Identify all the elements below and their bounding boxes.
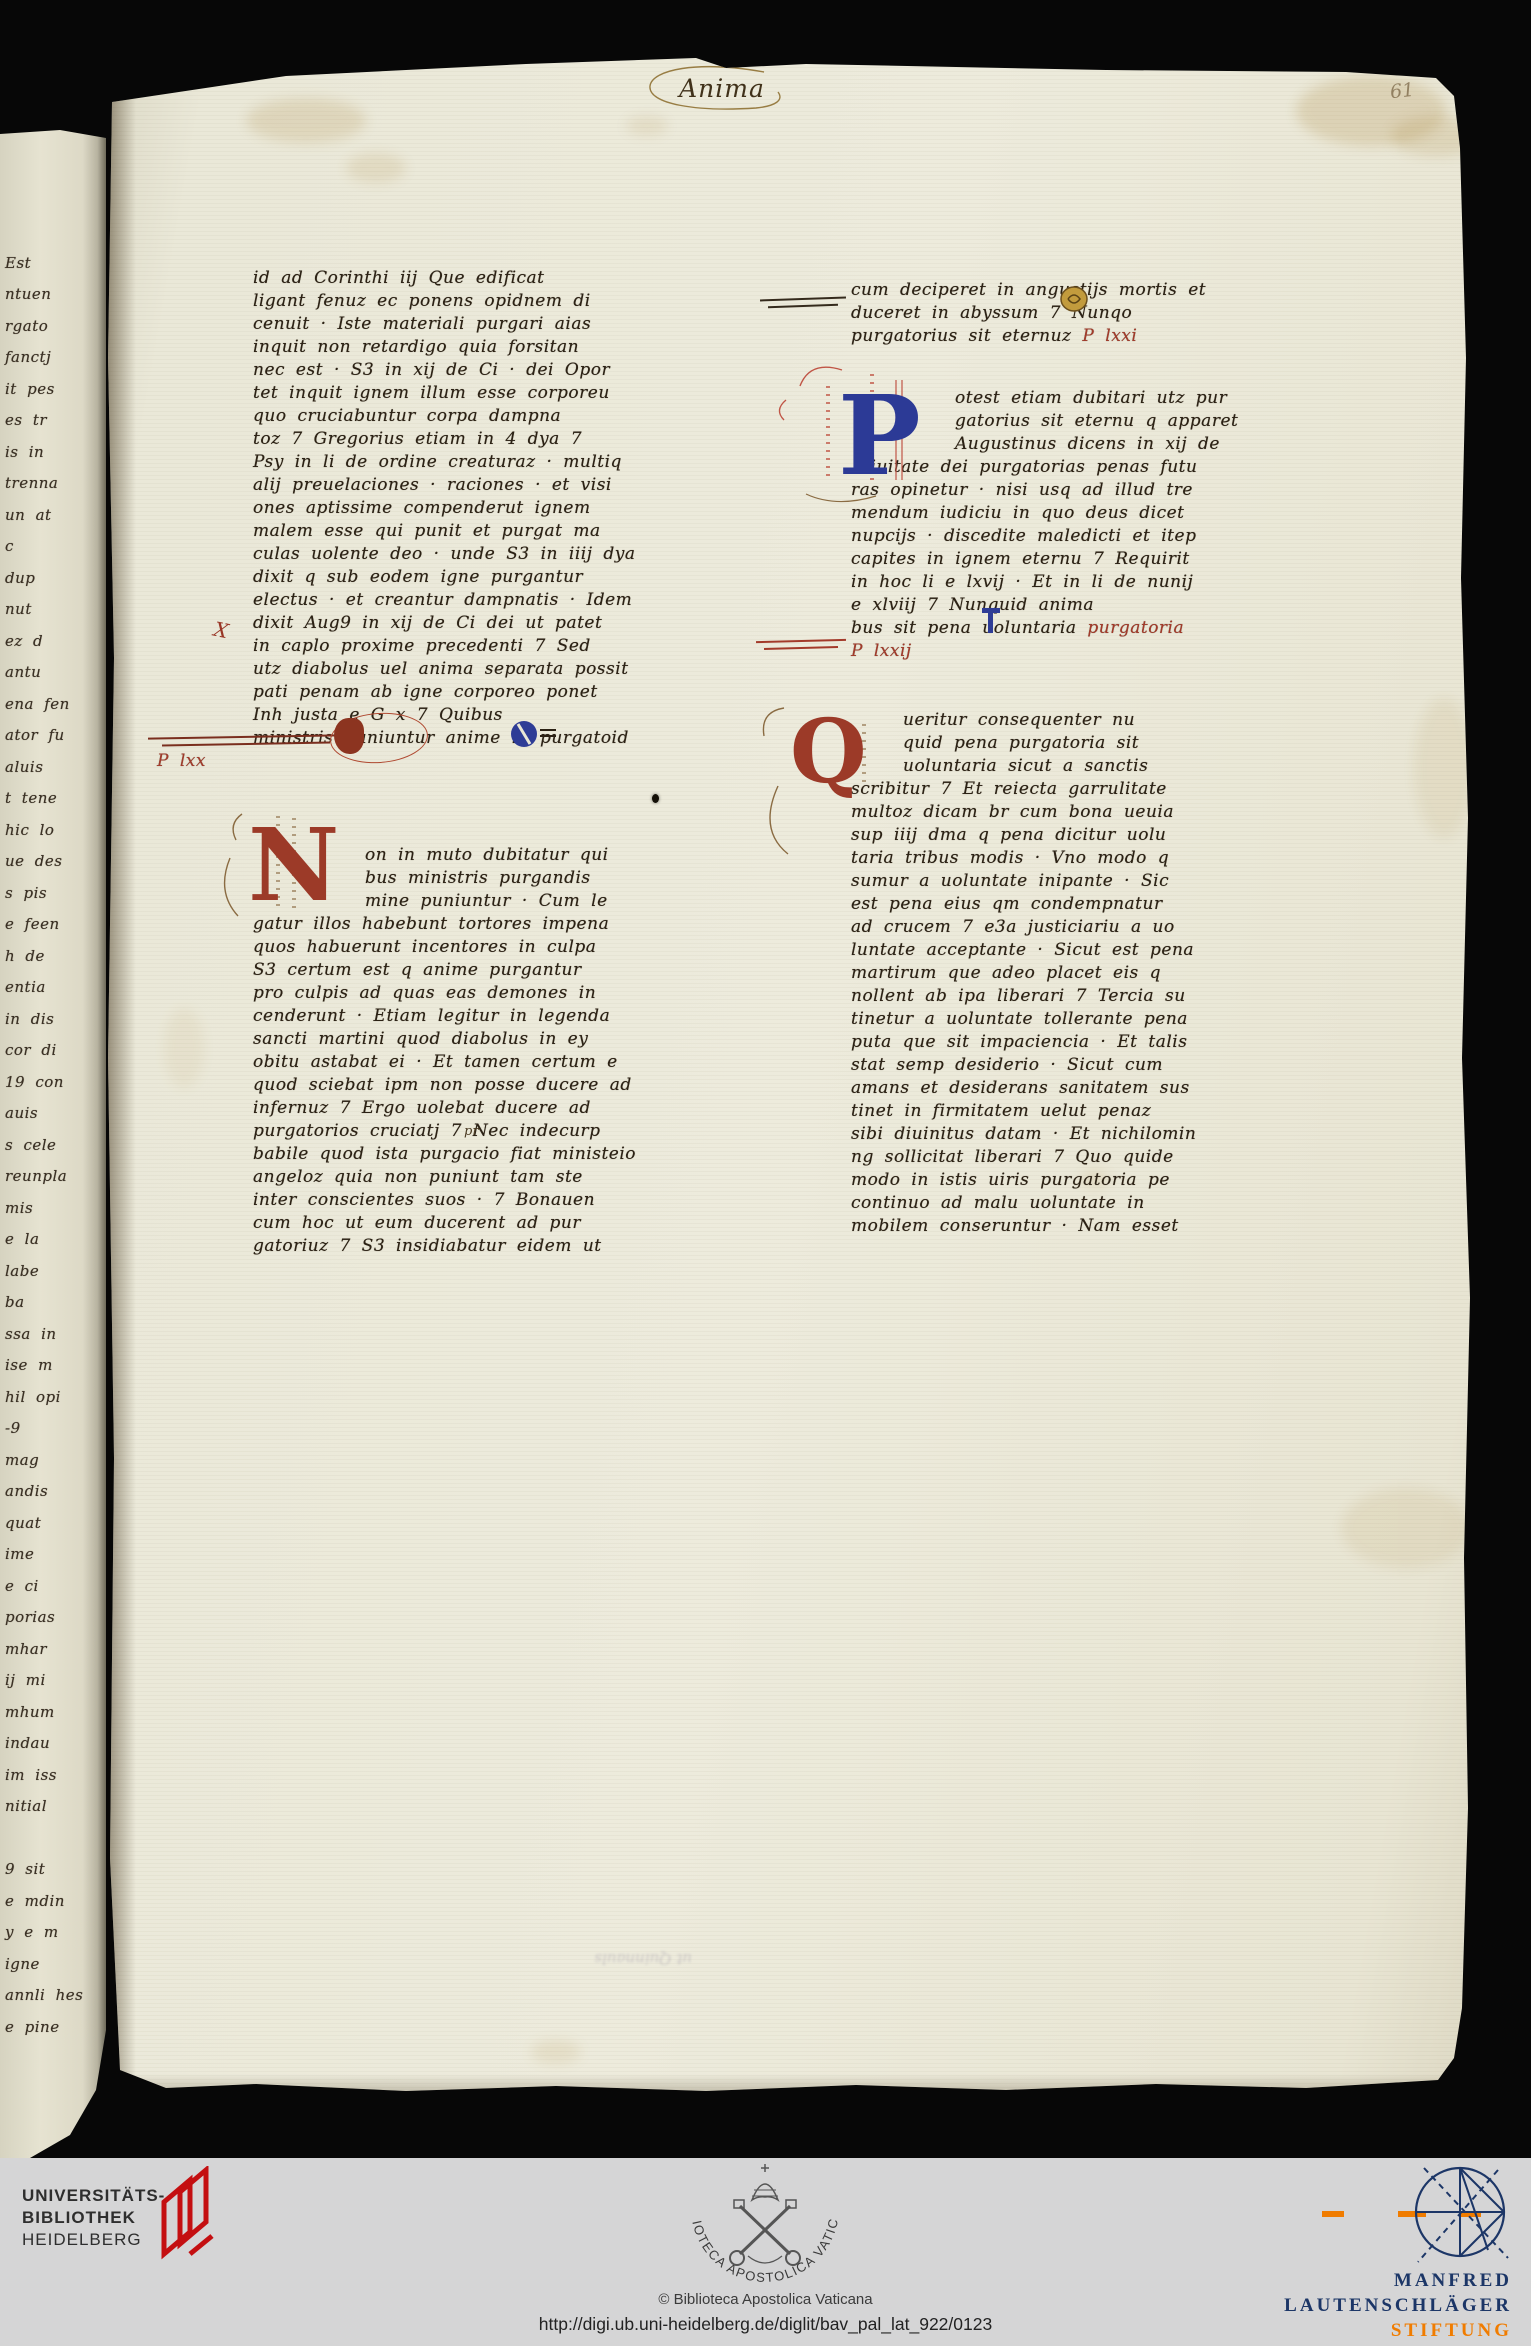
manuscript-text-line: gatoriuz 7 S3 insidiabatur eidem ut bbox=[253, 1236, 683, 1259]
parchment-stain bbox=[1341, 1488, 1471, 1568]
edge-text-fragment: hic lo bbox=[0, 821, 106, 853]
manuscript-text-line: angeloz quia non puniunt tam ste bbox=[253, 1167, 683, 1190]
manuscript-text-line: cum deciperet in angustijs mortis et bbox=[851, 280, 1361, 303]
manuscript-text-line: continuo ad malu uoluntate in bbox=[851, 1193, 1361, 1216]
manuscript-text-line: inter conscientes suos · 7 Bonauen bbox=[253, 1190, 683, 1213]
manuscript-text-line: tinet in firmitatem uelut penaz bbox=[851, 1101, 1361, 1124]
right-column-paragraph-1: cum deciperet in angustijs mortis etduce… bbox=[851, 280, 1361, 349]
left-column: id ad Corinthi iij Que edificatligant fe… bbox=[253, 268, 683, 1259]
initial-letterform: P bbox=[838, 371, 921, 500]
edge-text-fragment: e la bbox=[0, 1230, 106, 1262]
manuscript-text-line: pro culpis ad quas eas demones in bbox=[253, 983, 683, 1006]
edge-text-fragment: rgato bbox=[0, 317, 106, 349]
library-name-line1: UNIVERSITÄTS- bbox=[22, 2186, 165, 2206]
gold-blob bbox=[1061, 287, 1087, 311]
edge-text-fragment: t tene bbox=[0, 789, 106, 821]
manuscript-text-line: alij preuelaciones · raciones · et visi bbox=[253, 475, 683, 498]
edge-text-fragment: s cele bbox=[0, 1136, 106, 1168]
edge-text-fragment: is in bbox=[0, 443, 106, 475]
manuscript-text-line: infernuz 7 Ergo uolebat ducere ad bbox=[253, 1098, 683, 1121]
manuscript-text-line: toz 7 Gregorius etiam in 4 dya 7 bbox=[253, 429, 683, 452]
manuscript-text-line: bus sit pena uoluntaria purgatoria bbox=[851, 618, 1361, 641]
manuscript-text-line: uoluntaria sicut a sanctis bbox=[903, 756, 1361, 779]
left-column-paragraph-1: id ad Corinthi iij Que edificatligant fe… bbox=[253, 268, 683, 774]
manuscript-text-line: sibi diuinitus datam · Et nichilomin bbox=[851, 1124, 1361, 1147]
edge-text-fragment: e ci bbox=[0, 1577, 106, 1609]
margin-x-mark: X bbox=[212, 617, 231, 643]
edge-text-fragment: c bbox=[0, 537, 106, 569]
edge-text-fragment: h de bbox=[0, 947, 106, 979]
initial-letter-P: P bbox=[766, 356, 956, 520]
manuscript-text-line: luntate acceptante · Sicut est pena bbox=[851, 940, 1361, 963]
initial-flourish bbox=[225, 858, 238, 916]
digitized-manuscript-scan: { "page": { "header_title": "Anima", "fo… bbox=[0, 0, 1531, 2346]
edge-text-fragment: e feen bbox=[0, 915, 106, 947]
edge-text-fragment: mhar bbox=[0, 1640, 106, 1672]
papal-tiara bbox=[752, 2184, 778, 2200]
manuscript-text-line: scribitur 7 Et reiecta garrulitate bbox=[851, 779, 1361, 802]
edge-text-fragment bbox=[0, 1829, 106, 1861]
gold-initial-mark bbox=[1058, 284, 1094, 320]
manuscript-text-line: sancti martini quod diabolus in ey bbox=[253, 1029, 683, 1052]
manuscript-text-line: obitu astabat ei · Et tamen certum e bbox=[253, 1052, 683, 1075]
ink-showthrough: ut Quinnauls bbox=[462, 1950, 692, 1968]
edge-text-fragment: labe bbox=[0, 1262, 106, 1294]
manuscript-text-line: purgatorius sit eternuz P lxxi bbox=[851, 326, 1361, 349]
edge-text-fragments: Estntuenrgatofanctjit peses tris intrenn… bbox=[0, 222, 106, 2049]
parchment-stain bbox=[626, 116, 668, 136]
margin-small-note: pr bbox=[464, 1124, 479, 1139]
manuscript-text-line: dixit Aug9 in xij de Ci dei ut patet bbox=[253, 613, 683, 636]
manuscript-text-line: quid pena purgatoria sit bbox=[903, 733, 1361, 756]
edge-text-fragment: andis bbox=[0, 1482, 106, 1514]
paraph-glyph bbox=[982, 608, 1000, 633]
edge-text-fragment: Est bbox=[0, 254, 106, 286]
manuscript-text-line: ones aptissime compenderut ignem bbox=[253, 498, 683, 521]
manuscript-text-line: e xlviij 7 Nunquid anima bbox=[851, 595, 1361, 618]
manuscript-text-line: utz diabolus uel anima separata possit bbox=[253, 659, 683, 682]
edge-text-fragment: indau bbox=[0, 1734, 106, 1766]
initial-flourish bbox=[763, 708, 784, 736]
manuscript-text-line: dixit q sub eodem igne purgantur bbox=[253, 567, 683, 590]
edge-text-fragment: e pine bbox=[0, 2018, 106, 2050]
library-book-icon bbox=[150, 2166, 224, 2265]
foundation-name-line2: LAUTENSCHLÄGER bbox=[1284, 2295, 1512, 2317]
book-cover-front bbox=[180, 2170, 206, 2244]
initial-letterform: Q bbox=[790, 699, 867, 803]
edge-text-fragment: aluis bbox=[0, 758, 106, 790]
parchment-stain bbox=[246, 98, 366, 143]
manuscript-text-line: pati penam ab igne corporeo ponet bbox=[253, 682, 683, 705]
manuscript-text-line: quo cruciabuntur corpa dampna bbox=[253, 406, 683, 429]
margin-dash bbox=[760, 296, 846, 301]
foundation-name-line1: MANFRED bbox=[1394, 2270, 1512, 2292]
parchment-stain bbox=[346, 153, 406, 183]
manuscript-text-line: taria tribus modis · Vno modo q bbox=[851, 848, 1361, 871]
edge-text-fragment: ue des bbox=[0, 852, 106, 884]
edge-text-fragment: auis bbox=[0, 1104, 106, 1136]
globe-line bbox=[1460, 2168, 1488, 2250]
header-title-text: Anima bbox=[677, 74, 765, 103]
seal-arc-text: BIBLIOTECA APOSTOLICA VATICANA bbox=[680, 2160, 841, 2285]
manuscript-text-line: duceret in abyssum 7 Nunqo bbox=[851, 303, 1361, 326]
folio-number: 61 bbox=[1389, 79, 1415, 103]
manuscript-text-line: cenuit · Iste materiali purgari aias bbox=[253, 314, 683, 337]
edge-text-fragment: es tr bbox=[0, 411, 106, 443]
edge-text-fragment: e mdin bbox=[0, 1892, 106, 1924]
initial-letterform: N bbox=[248, 806, 339, 924]
edge-text-fragment: reunpla bbox=[0, 1167, 106, 1199]
manuscript-text-line: Inh justa e G x 7 Quibus bbox=[253, 705, 683, 728]
manuscript-text-line: P lxxij bbox=[851, 641, 1361, 664]
initial-flourish bbox=[233, 814, 242, 840]
digitization-footer: UNIVERSITÄTS- BIBLIOTHEK HEIDELBERG bbox=[0, 2158, 1531, 2346]
edge-text-fragment: hil opi bbox=[0, 1388, 106, 1420]
manuscript-text-line: capites in ignem eternu 7 Requirit bbox=[851, 549, 1361, 572]
book-cover-back bbox=[164, 2180, 190, 2254]
manuscript-text-line: nupcijs · discedite maledicti et itep bbox=[851, 526, 1361, 549]
edge-text-fragment: trenna bbox=[0, 474, 106, 506]
edge-text-fragment: ez d bbox=[0, 632, 106, 664]
manuscript-text-line: in caplo proxime precedenti 7 Sed bbox=[253, 636, 683, 659]
edge-text-fragment: 9 sit bbox=[0, 1860, 106, 1892]
edge-text-fragment: entia bbox=[0, 978, 106, 1010]
foundation-name-line3: STIFTUNG bbox=[1391, 2320, 1512, 2342]
foundation-globe-icon bbox=[1408, 2166, 1512, 2271]
manuscript-text-line: mobilem conseruntur · Nam esset bbox=[851, 1216, 1361, 1239]
manuscript-text-line: puta que sit impaciencia · Et talis bbox=[851, 1032, 1361, 1055]
manuscript-text-line: on in muto dubitatur qui bbox=[365, 845, 683, 868]
manuscript-text-line: nec est · S3 in xij de Ci · dei Opor bbox=[253, 360, 683, 383]
edge-text-fragment: y e m bbox=[0, 1923, 106, 1955]
manuscript-text-line: ad crucem 7 e3a justiciariu a uo bbox=[851, 917, 1361, 940]
manuscript-text-line: cum hoc ut eum ducerent ad pur bbox=[253, 1213, 683, 1236]
manuscript-text-line: otest etiam dubitari utz pur bbox=[955, 388, 1361, 411]
book-foot bbox=[190, 2236, 212, 2254]
manuscript-text-line: quod sciebat ipm non posse ducere ad bbox=[253, 1075, 683, 1098]
manuscript-text-line: in hoc li e lxvij · Et in li de nunij bbox=[851, 572, 1361, 595]
edge-text-fragment: -9 bbox=[0, 1419, 106, 1451]
edge-text-fragment bbox=[0, 222, 106, 254]
edge-text-fragment: ator fu bbox=[0, 726, 106, 758]
initial-flourish bbox=[800, 367, 842, 386]
running-header: Anima bbox=[626, 62, 866, 118]
edge-text-fragment: ime bbox=[0, 1545, 106, 1577]
margin-dash bbox=[768, 304, 838, 308]
edge-text-fragment: in dis bbox=[0, 1010, 106, 1042]
edge-text-fragment: fanctj bbox=[0, 348, 106, 380]
edge-text-fragment: dup bbox=[0, 569, 106, 601]
seal-cord bbox=[748, 2256, 782, 2263]
vatican-seal: BIBLIOTECA APOSTOLICA VATICANA bbox=[680, 2160, 850, 2305]
margin-dash-red bbox=[756, 639, 846, 643]
manuscript-text-line: inquit non retardigo quia forsitan bbox=[253, 337, 683, 360]
blue-paraph-mark bbox=[978, 606, 1004, 640]
manuscript-text-line: stat semp desiderio · Sicut cum bbox=[851, 1055, 1361, 1078]
initial-flourish bbox=[779, 400, 786, 420]
initial-letter-N: N bbox=[218, 798, 358, 930]
edge-text-fragment: 19 con bbox=[0, 1073, 106, 1105]
parchment-stain bbox=[1391, 116, 1481, 156]
library-name-line3: HEIDELBERG bbox=[22, 2230, 142, 2250]
parchment-hole bbox=[652, 794, 659, 803]
edge-text-fragment: mag bbox=[0, 1451, 106, 1483]
manuscript-text-line: sup iiij dma q pena dicitur uolu bbox=[851, 825, 1361, 848]
manuscript-text-line: est pena eius qm condempnatur bbox=[851, 894, 1361, 917]
manuscript-page: Anima 61 id ad Corinthi iij Que edificat… bbox=[106, 58, 1472, 2100]
edge-text-fragment: quat bbox=[0, 1514, 106, 1546]
blue-paraph-mark bbox=[510, 714, 606, 758]
edge-text-fragment: it pes bbox=[0, 380, 106, 412]
manuscript-text-line: babile quod ista purgacio fiat ministeio bbox=[253, 1144, 683, 1167]
edge-text-fragment: nut bbox=[0, 600, 106, 632]
manuscript-text-line: mine puniuntur · Cum le bbox=[365, 891, 683, 914]
initial-flourish bbox=[770, 786, 788, 854]
manuscript-text-line: electus · et creantur dampnatis · Idem bbox=[253, 590, 683, 613]
manuscript-text-line: ligant fenuz ec ponens opidnem di bbox=[253, 291, 683, 314]
manuscript-text-line: martirum que adeo placet eis q bbox=[851, 963, 1361, 986]
underlying-page-edge: Estntuenrgatofanctjit peses tris intrenn… bbox=[0, 130, 106, 2165]
edge-text-fragment: ntuen bbox=[0, 285, 106, 317]
margin-dash-red bbox=[764, 646, 838, 650]
manuscript-text-line: multoz dicam br cum bona ueuia bbox=[851, 802, 1361, 825]
edge-text-fragment: ssa in bbox=[0, 1325, 106, 1357]
edge-text-fragment: annli hes bbox=[0, 1986, 106, 2018]
edge-text-fragment: nitial bbox=[0, 1797, 106, 1829]
manuscript-text-line: ng sollicitat liberari 7 Quo quide bbox=[851, 1147, 1361, 1170]
manuscript-text-line: tinetur a uoluntate tollerante pena bbox=[851, 1009, 1361, 1032]
edge-text-fragment: s pis bbox=[0, 884, 106, 916]
right-column-paragraph-3: ueritur consequenter nuquid pena purgato… bbox=[851, 710, 1361, 1239]
source-url: http://digi.ub.uni-heidelberg.de/diglit/… bbox=[0, 2314, 1531, 2335]
manuscript-text-line: amans et desiderans sanitatem sus bbox=[851, 1078, 1361, 1101]
library-name-line2: BIBLIOTHEK bbox=[22, 2208, 136, 2228]
manuscript-text-line: bus ministris purgandis bbox=[365, 868, 683, 891]
edge-text-fragment: ij mi bbox=[0, 1671, 106, 1703]
manuscript-text-line: S3 certum est q anime purgantur bbox=[253, 960, 683, 983]
parchment-stain bbox=[1414, 698, 1474, 838]
edge-text-fragment: cor di bbox=[0, 1041, 106, 1073]
initial-letter-Q: Q bbox=[754, 690, 904, 874]
manuscript-text-line: gatorius sit eternu q apparet bbox=[955, 411, 1361, 434]
edge-text-fragment: porias bbox=[0, 1608, 106, 1640]
edge-text-fragment: ba bbox=[0, 1293, 106, 1325]
manuscript-text-line: Psy in li de ordine creaturaz · multiq bbox=[253, 452, 683, 475]
edge-text-fragment: igne bbox=[0, 1955, 106, 1987]
logo-orange-dash bbox=[1322, 2211, 1344, 2217]
manuscript-text-line: tet inquit ignem illum esse corporeu bbox=[253, 383, 683, 406]
manuscript-text-line: ueritur consequenter nu bbox=[903, 710, 1361, 733]
edge-text-fragment: antu bbox=[0, 663, 106, 695]
manuscript-text-line: id ad Corinthi iij Que edificat bbox=[253, 268, 683, 291]
red-blob-mark bbox=[334, 718, 364, 754]
edge-text-fragment: mis bbox=[0, 1199, 106, 1231]
edge-text-fragment: ise m bbox=[0, 1356, 106, 1388]
manuscript-text-line: Augustinus dicens in xij de bbox=[955, 434, 1361, 457]
manuscript-text-line: nollent ab ipa liberari 7 Tercia su bbox=[851, 986, 1361, 1009]
edge-text-fragment: ena fen bbox=[0, 695, 106, 727]
manuscript-text-line: quos habuerunt incentores in culpa bbox=[253, 937, 683, 960]
parchment-stain bbox=[531, 2040, 581, 2064]
edge-text-fragment: mhum bbox=[0, 1703, 106, 1735]
manuscript-text-line: culas uolente deo · unde S3 in iiij dya bbox=[253, 544, 683, 567]
manuscript-text-line: sumur a uoluntate inipante · Sic bbox=[851, 871, 1361, 894]
manuscript-text-line: cenderunt · Etiam legitur in legenda bbox=[253, 1006, 683, 1029]
manuscript-text-line: modo in istis uiris purgatoria pe bbox=[851, 1170, 1361, 1193]
manuscript-text-line: ministris puniuntur anime in purgatoid bbox=[253, 728, 683, 751]
edge-text-fragment: un at bbox=[0, 506, 106, 538]
manuscript-text-line: malem esse qui punit et purgat ma bbox=[253, 521, 683, 544]
edge-text-fragment: im iss bbox=[0, 1766, 106, 1798]
parchment-stain bbox=[164, 1008, 204, 1088]
